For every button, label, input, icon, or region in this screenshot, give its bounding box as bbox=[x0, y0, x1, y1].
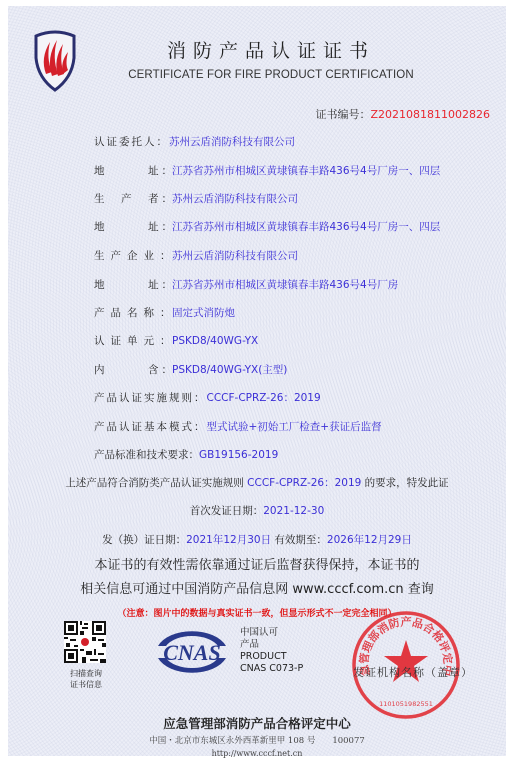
certificate-number: 证书编号：Z2021081811002826 bbox=[315, 106, 490, 122]
certificate-title-cn: 消防产品认证证书 bbox=[8, 36, 506, 63]
issuer-name: 应急管理部消防产品合格评定中心 bbox=[8, 714, 506, 732]
cnas-logo-icon: CNAS bbox=[148, 624, 236, 680]
field-applicant-address: 地 址：江苏省苏州市相城区黄埭镇春丰路436号4号厂房一、四层 bbox=[94, 163, 440, 178]
field-applicant: 认证委托人：苏州云盾消防科技有限公司 bbox=[94, 134, 295, 149]
field-product-name: 产品名称：固定式消防炮 bbox=[94, 305, 235, 320]
qr-caption: 扫描查询 证书信息 bbox=[58, 668, 114, 690]
issuer-url[interactable]: http://www.cccf.net.cn bbox=[8, 749, 506, 758]
validity-notice-line1: 本证书的有效性需依靠通过证后监督获得保持，本证书的 bbox=[8, 554, 506, 573]
field-implementation-rule: 产品认证实施规则：CCCF-CPRZ-26：2019 bbox=[94, 390, 321, 405]
certificate-title-en: CERTIFICATE FOR FIRE PRODUCT CERTIFICATI… bbox=[8, 69, 506, 81]
field-includes: 内 含：PSKD8/40WG-YX(主型) bbox=[94, 362, 287, 377]
issuer-address: 中国・北京市东城区永外西革新里甲 108 号 100077 bbox=[8, 734, 506, 746]
cnas-accreditation: 中国认可 产品 PRODUCT CNAS C073-P bbox=[240, 627, 303, 675]
conformity-statement: 上述产品符合消防类产品认证实施规则 CCCF-CPRZ-26：2019 的要求，… bbox=[8, 475, 506, 490]
certificate-number-label: 证书编号： bbox=[315, 108, 370, 121]
field-manufacturer: 生 产 者：苏州云盾消防科技有限公司 bbox=[94, 191, 298, 206]
issuing-body-label: 发证机构名称（盖章） bbox=[353, 664, 473, 680]
svg-text:CNAS: CNAS bbox=[163, 640, 220, 665]
field-factory-address: 地 址：江苏省苏州市相城区黄埭镇春丰路436号4号厂房 bbox=[94, 277, 398, 292]
certificate-number-value: Z2021081811002826 bbox=[370, 108, 490, 121]
certificate: 消防产品认证证书 CERTIFICATE FOR FIRE PRODUCT CE… bbox=[8, 6, 506, 756]
qr-code-icon[interactable] bbox=[64, 621, 106, 663]
field-manufacturer-address: 地 址：江苏省苏州市相城区黄埭镇春丰路436号4号厂房一、四层 bbox=[94, 219, 440, 234]
svg-text:1101051982551: 1101051982551 bbox=[379, 700, 433, 708]
field-cert-unit: 认证单元：PSKD8/40WG-YX bbox=[94, 333, 258, 348]
field-factory: 生产企业：苏州云盾消防科技有限公司 bbox=[94, 248, 298, 263]
first-issue-date: 首次发证日期：2021-12-30 bbox=[8, 503, 506, 518]
field-standard: 产品标准和技术要求：GB19156-2019 bbox=[94, 447, 278, 462]
validity-dates: 发（换）证日期：2021年12月30日 有效期至：2026年12月29日 bbox=[8, 532, 506, 547]
validity-notice-line2: 相关信息可通过中国消防产品信息网 www.cccf.com.cn 查询 bbox=[8, 578, 506, 597]
field-cert-mode: 产品认证基本模式：型式试验+初始工厂检查+获证后监督 bbox=[94, 419, 382, 434]
